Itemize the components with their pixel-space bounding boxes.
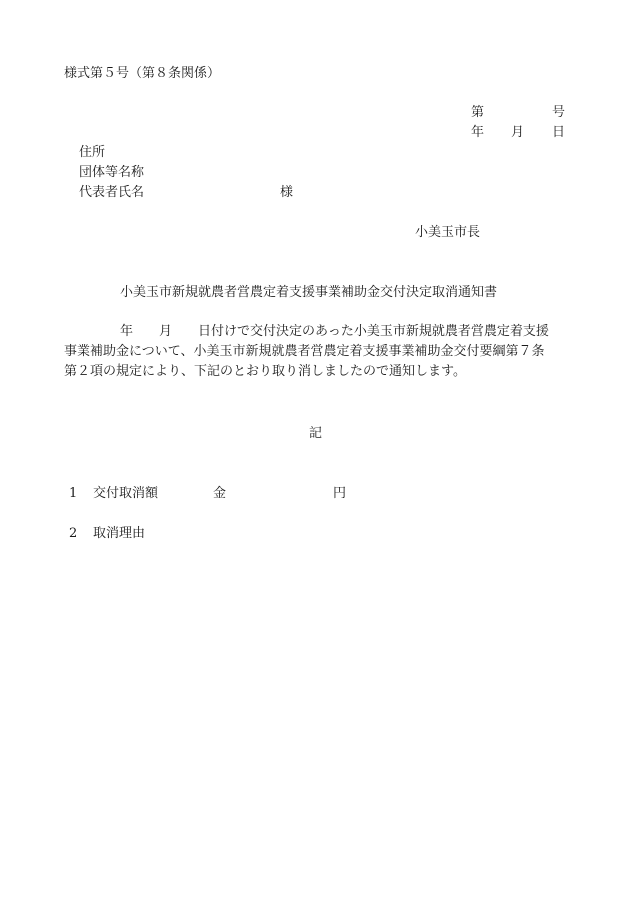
item-number: 2 [69,526,77,542]
rep-name-label: 代表者氏名 [79,185,144,201]
body-line1: 日付けで交付決定のあった小美玉市新規就農者営農定着支援 [198,324,549,339]
document-title: 小美玉市新規就農者営農定着支援事業補助金交付決定取消通知書 [120,285,497,301]
form-label: 様式第５号（第８条関係） [64,66,220,82]
amount-prefix: 金 [213,486,226,502]
body-year: 年 [120,324,133,339]
sender: 小美玉市長 [415,225,480,241]
date-year: 年 [471,125,484,141]
date-month: 月 [511,125,524,141]
item-label: 交付取消額 [93,486,158,502]
address-label: 住所 [79,145,105,161]
item-label: 取消理由 [93,526,145,542]
ki-heading: 記 [309,426,322,442]
amount-suffix: 円 [333,486,346,502]
body-paragraph: 年月日付けで交付決定のあった小美玉市新規就農者営農定着支援 事業補助金について、… [64,322,576,382]
number-suffix: 号 [552,105,565,121]
date-day: 日 [552,125,565,141]
honorific: 様 [280,185,293,201]
body-month: 月 [159,324,172,339]
org-name-label: 団体等名称 [79,165,144,181]
number-prefix: 第 [471,105,484,121]
body-line3: 第２項の規定により、下記のとおり取り消しましたので通知します。 [64,362,576,382]
item-number: 1 [69,486,77,502]
body-line2: 事業補助金について、小美玉市新規就農者営農定着支援事業補助金交付要綱第７条 [64,342,576,362]
